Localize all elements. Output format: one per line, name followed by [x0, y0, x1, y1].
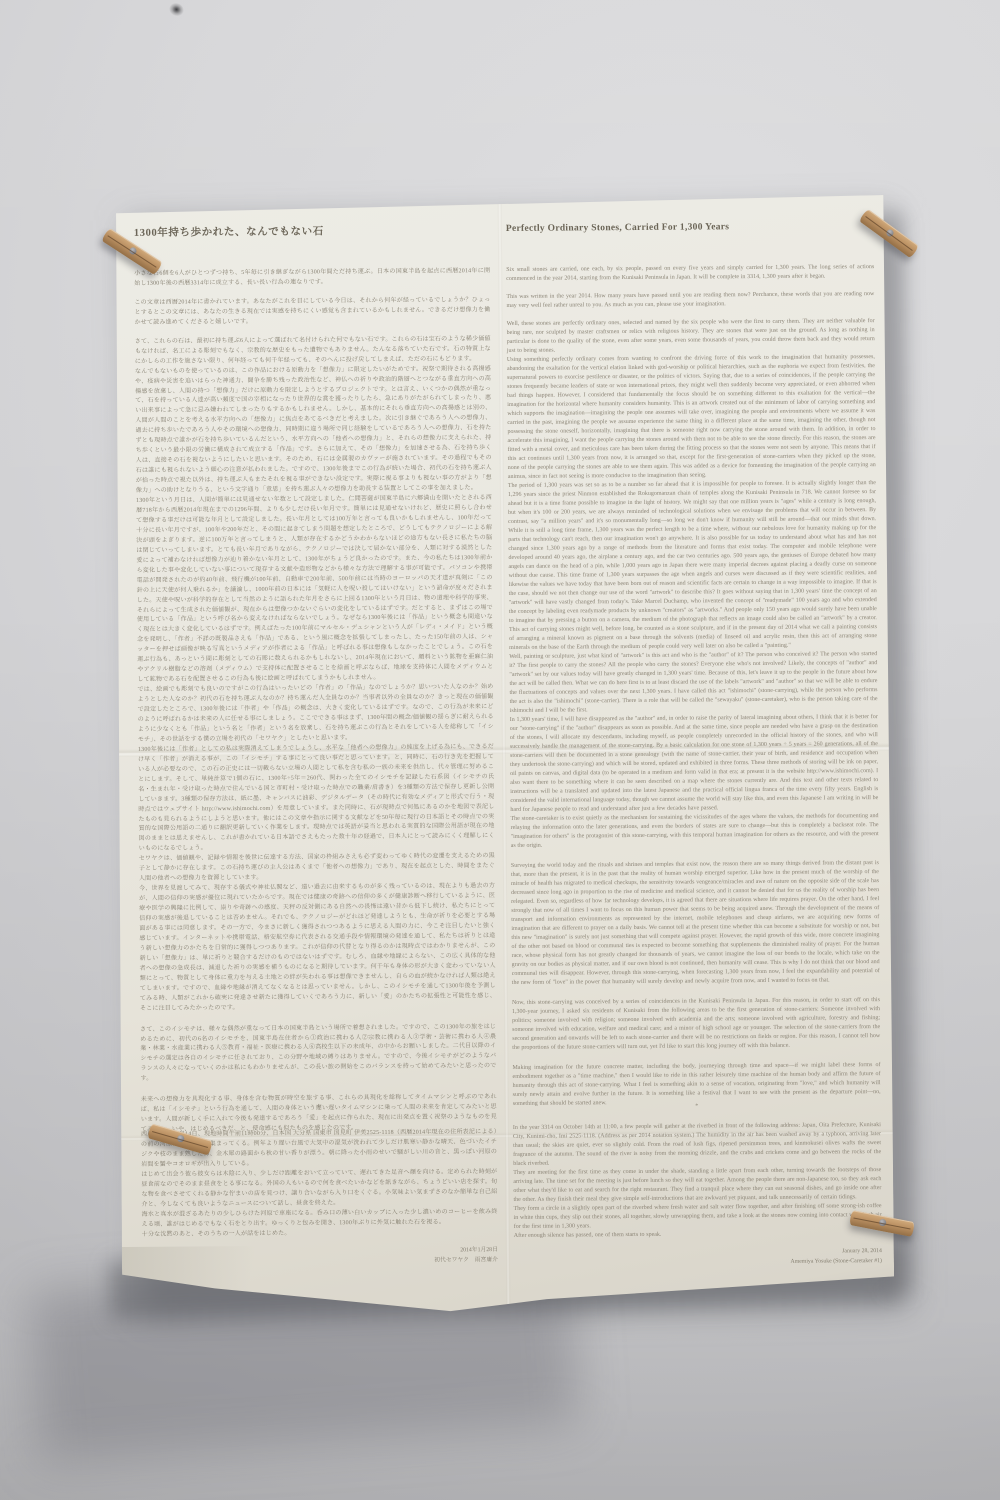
- jp-scene-paragraph: 海水と真水が混ざるあたりの少しひらけた河原で車座になる。呑み口の薄い白いカップに…: [142, 1208, 498, 1231]
- en-paragraph: Surveying the world today and the ritual…: [511, 859, 880, 988]
- jp-paragraph: なんでもないものを使っているのは、この作品における原動力を「想像力」に限定したい…: [135, 365, 492, 497]
- en-paragraph: Now, this stone-carrying was conceived b…: [512, 996, 880, 1053]
- jp-paragraph: 今、世界を見渡してみて、現存する儀式や神社仏閣など、遠い過去に由来するものが多く…: [139, 882, 496, 1014]
- wall-smudge: [167, 1, 186, 18]
- en-scene-paragraph: In the year 3314 on October 14th at 11:0…: [513, 1121, 881, 1169]
- jp-paragraph: 1300年後には「作者」としての私は実際消えてしまうでしょうし、水平な「他者への…: [138, 743, 495, 855]
- en-separator: *: [513, 1101, 881, 1113]
- en-scene-paragraph: They form a circle in a slightly open pa…: [514, 1202, 882, 1232]
- jp-paragraph: この文章は西暦2014年に書かれています。あなたがこれを目にしている今日は、それ…: [134, 296, 490, 329]
- photo-of-poster: 1300年持ち歩かれた、なんでもない石 小さな石6個を6人がひとつずつ持ち、5年…: [0, 0, 1000, 1500]
- en-signature: Amemiya Yosuke (Stone-Caretaker #1): [514, 1257, 882, 1270]
- jp-paragraph: 1300年という月日は、人間が簡単には見通せない年数として設定しました。仁聞菩薩…: [136, 494, 493, 686]
- en-paragraph: In 1,300 years' time, I will have disapp…: [510, 713, 879, 815]
- en-signature-block: January 28, 2014 Amemiya Yosuke (Stone-C…: [514, 1247, 882, 1270]
- en-paragraph: Using something perfectly ordinary comes…: [507, 353, 876, 482]
- en-scene-paragraph: After enough silence has passed, one of …: [514, 1229, 882, 1241]
- en-paragraph: The stone-caretaker is to exist quietly …: [510, 812, 878, 851]
- jp-paragraph: では、絵画でも彫刻でも良いのですがこの行為はいったいどの「作者」の「作品」なので…: [137, 683, 493, 746]
- en-paragraph: Six small stones are carried, one each, …: [506, 263, 874, 284]
- jp-signature: 初代セワヤク 雨宮庸介: [142, 1256, 498, 1269]
- japanese-column: 1300年持ち歩かれた、なんでもない石 小さな石6個を6人がひとつずつ持ち、5年…: [134, 222, 498, 1281]
- en-closing-block: In the year 3314 on October 14th at 11:0…: [513, 1121, 882, 1270]
- jp-signature-block: 2014年1月28日 初代セワヤク 雨宮庸介: [142, 1247, 498, 1269]
- jp-paragraph: 小さな石6個を6人がひとつずつ持ち、5年毎に引き継ぎながら1300年間ただ持ち運…: [134, 267, 490, 290]
- english-title: Perfectly Ordinary Stones, Carried For 1…: [506, 221, 874, 234]
- jp-paragraph: セワヤクは、価値観や、記録や情報を後世に伝達する方法、国家の枠組みさえも必ず変わ…: [139, 852, 495, 885]
- japanese-title: 1300年持ち歩かれた、なんでもない石: [134, 222, 490, 240]
- jp-paragraph: さて、これらの石は、最初に持ち運ぶ6人によって選ばれて名付けられた何でもない石で…: [135, 335, 491, 368]
- jp-scene-paragraph: 十分な沈黙のあと、そのうちの一人が話をはじめた。: [142, 1228, 498, 1241]
- english-column: Perfectly Ordinary Stones, Carried For 1…: [506, 221, 882, 1278]
- jp-paragraph: さて、このイシモチは、様々な偶然が重なって日本の国東半島という場所で着想されまし…: [140, 1023, 496, 1086]
- poster-paper: 1300年持ち歩かれた、なんでもない石 小さな石6個を6人がひとつずつ持ち、5年…: [114, 195, 895, 1317]
- en-paragraph: This was written in the year 2014. How m…: [506, 290, 874, 311]
- en-paragraph: Well, these stones are perfectly ordinar…: [507, 317, 875, 356]
- jp-scene-paragraph: はじめて出会う彼ら彼女らは木陰に入り、少しだけ距離をおいて立っていて、遅れてきた…: [141, 1168, 497, 1211]
- en-scene-paragraph: They are meeting for the first time as t…: [513, 1166, 881, 1205]
- en-paragraph: Well, painting or sculpture, just what k…: [509, 650, 877, 716]
- en-paragraph: The period of 1,300 years was set so as …: [508, 479, 877, 653]
